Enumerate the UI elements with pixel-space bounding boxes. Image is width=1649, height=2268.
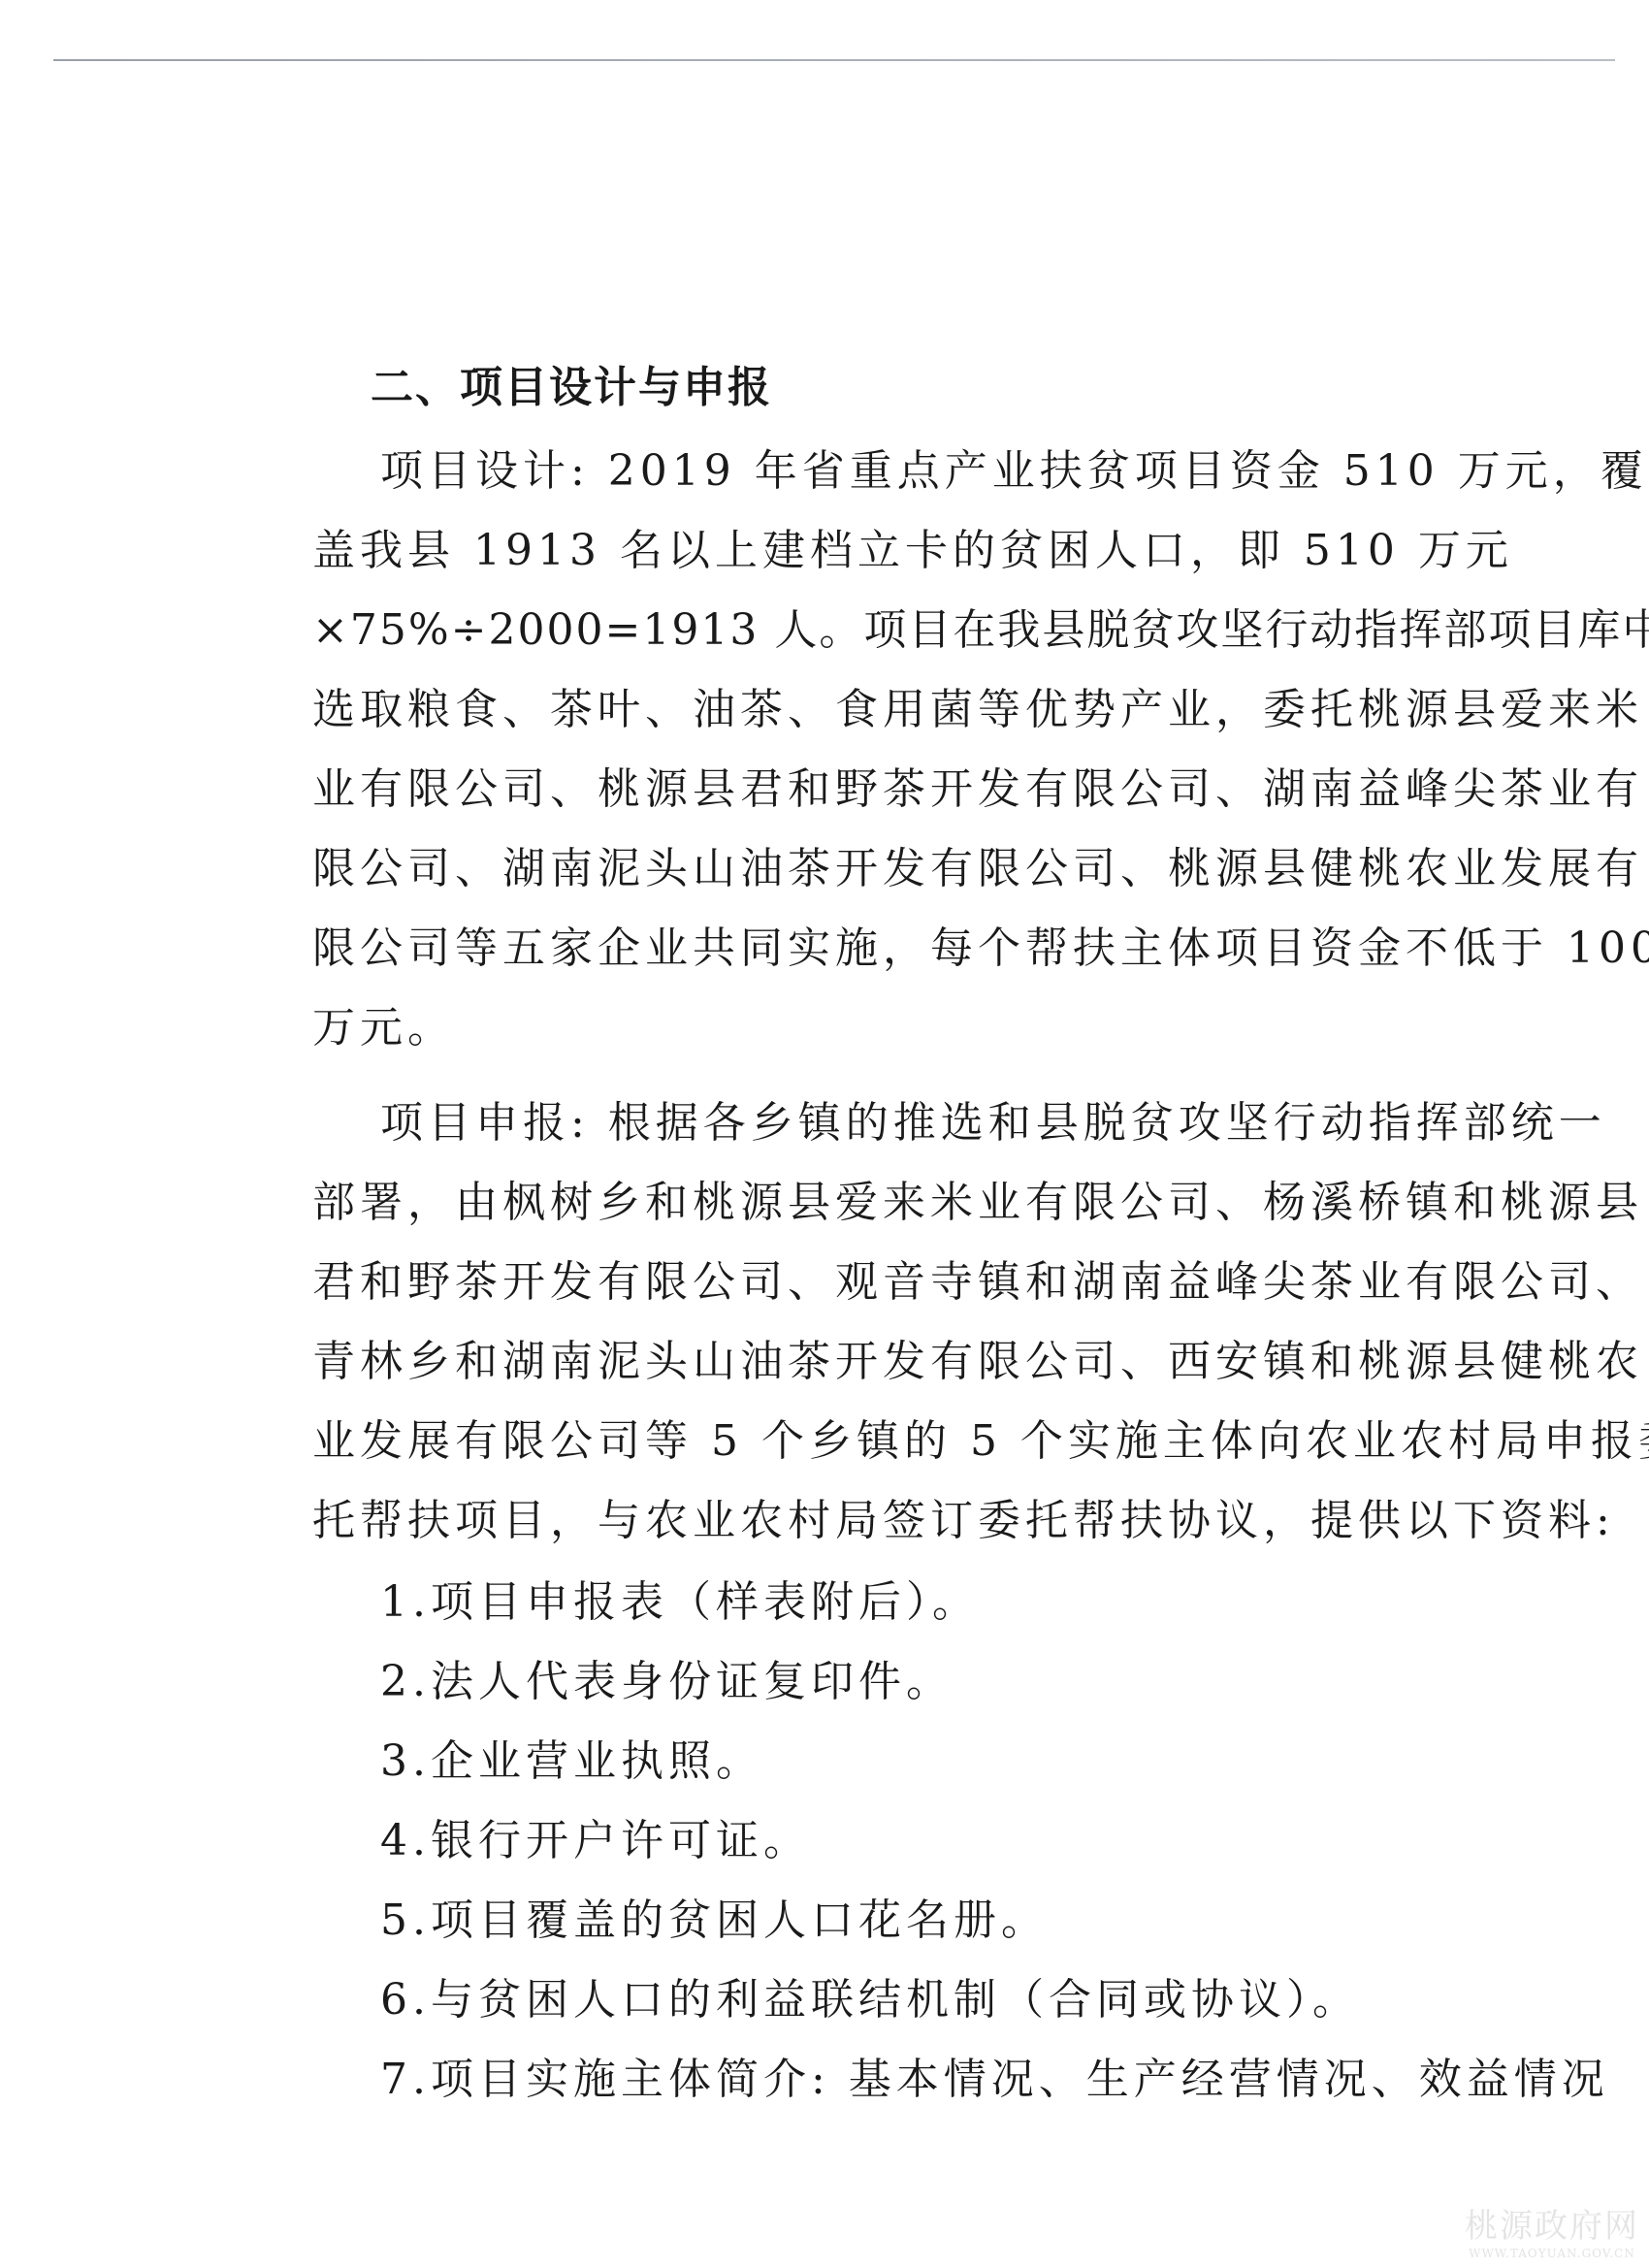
application-line-6: 托帮扶项目，与农业农村局签订委托帮扶协议，提供以下资料:: [312, 1494, 1476, 1548]
material-item-3: 3.企业营业执照。: [380, 1734, 1544, 1789]
application-line-1: 项目申报: 根据各乡镇的推选和县脱贫攻坚行动指挥部统一: [380, 1096, 1476, 1150]
material-item-5: 5.项目覆盖的贫困人口花名册。: [380, 1894, 1544, 1948]
design-line-6: 限公司、湖南泥头山油茶开发有限公司、桃源县健桃农业发展有: [312, 842, 1476, 896]
material-item-7: 7.项目实施主体简介: 基本情况、生产经营情况、效益情况: [380, 2053, 1544, 2107]
application-line-3: 君和野茶开发有限公司、观音寺镇和湖南益峰尖茶业有限公司、: [312, 1255, 1476, 1310]
material-item-2: 2.法人代表身份证复印件。: [380, 1655, 1544, 1709]
application-line-5: 业发展有限公司等 5 个乡镇的 5 个实施主体向农业农村局申报委: [312, 1414, 1476, 1469]
design-line-5: 业有限公司、桃源县君和野茶开发有限公司、湖南益峰尖茶业有: [312, 762, 1476, 817]
watermark-url: WWW.TAOYUAN.GOV.CN: [1465, 2247, 1639, 2260]
design-line-7: 限公司等五家企业共同实施，每个帮扶主体项目资金不低于 100: [312, 922, 1476, 976]
document-page: 二、项目设计与申报 项目设计: 2019 年省重点产业扶贫项目资金 510 万元…: [0, 0, 1649, 2268]
material-item-6: 6.与贫困人口的利益联结机制（合同或协议）。: [380, 1973, 1544, 2027]
design-line-8: 万元。: [312, 1001, 1476, 1055]
design-line-2: 盖我县 1913 名以上建档立卡的贫困人口，即 510 万元: [312, 524, 1476, 578]
watermark-name: 桃源政府网: [1465, 2199, 1639, 2247]
design-line-1: 项目设计: 2019 年省重点产业扶贫项目资金 510 万元，覆: [380, 444, 1476, 499]
application-line-4: 青林乡和湖南泥头山油茶开发有限公司、西安镇和桃源县健桃农: [312, 1335, 1476, 1389]
section-heading: 二、项目设计与申报: [371, 361, 1535, 415]
design-line-3: ×75%÷2000=1913 人。项目在我县脱贫攻坚行动指挥部项目库中: [312, 603, 1476, 658]
application-line-2: 部署，由枫树乡和桃源县爱来米业有限公司、杨溪桥镇和桃源县: [312, 1176, 1476, 1230]
design-line-4: 选取粮食、茶叶、油茶、食用菌等优势产业，委托桃源县爱来米: [312, 683, 1476, 737]
site-watermark: 桃源政府网 WWW.TAOYUAN.GOV.CN: [1465, 2199, 1639, 2260]
material-item-4: 4.银行开户许可证。: [380, 1814, 1544, 1868]
material-item-1: 1.项目申报表（样表附后）。: [380, 1575, 1544, 1630]
